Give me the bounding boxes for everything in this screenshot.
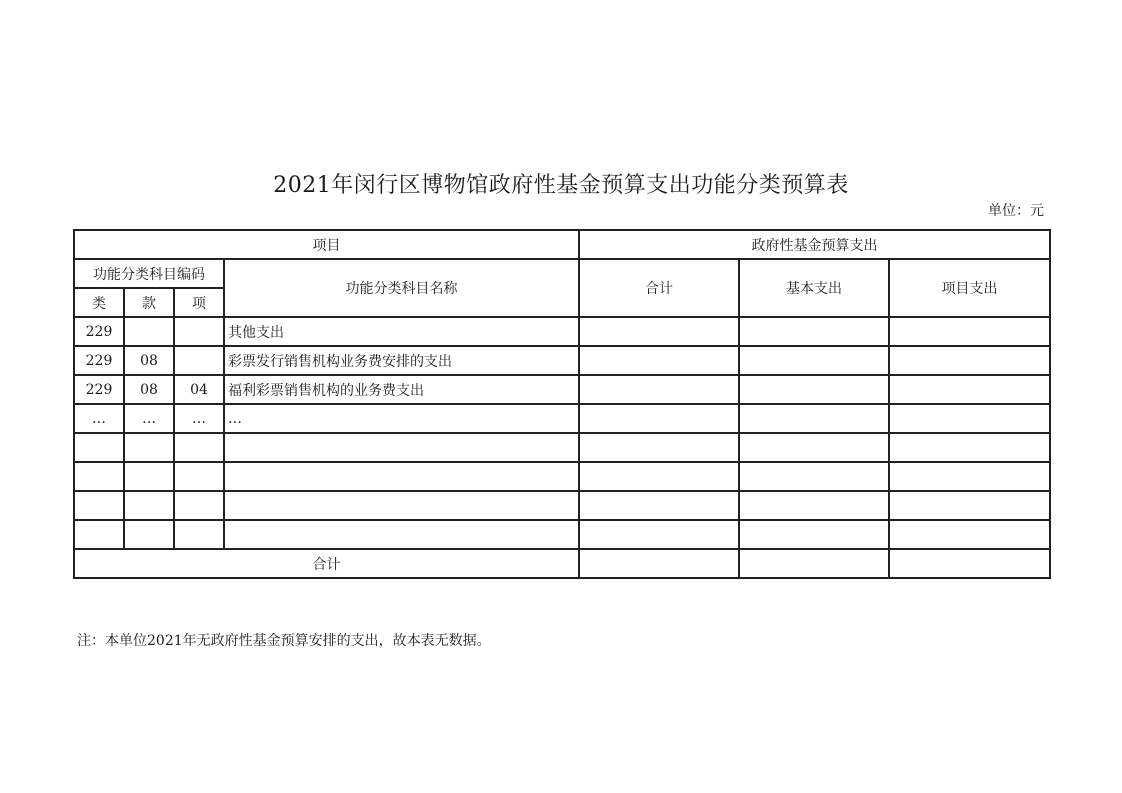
cell-project — [889, 404, 1050, 433]
header-kuan: 款 — [124, 288, 174, 317]
cell-name: 彩票发行销售机构业务费安排的支出 — [224, 346, 579, 375]
header-name: 功能分类科目名称 — [224, 259, 579, 317]
cell-total — [579, 375, 739, 404]
cell-xiang: … — [174, 404, 224, 433]
cell-basic — [739, 317, 889, 346]
header-code-group: 功能分类科目编码 — [74, 259, 224, 288]
header-project-exp: 项目支出 — [889, 259, 1050, 317]
cell-kuan — [124, 433, 174, 462]
cell-total — [579, 404, 739, 433]
cell-total — [579, 491, 739, 520]
total-project — [889, 549, 1050, 578]
cell-project — [889, 317, 1050, 346]
cell-basic — [739, 404, 889, 433]
cell-name — [224, 491, 579, 520]
budget-table: 项目 政府性基金预算支出 功能分类科目编码 功能分类科目名称 合计 基本支出 项… — [73, 229, 1051, 579]
cell-basic — [739, 433, 889, 462]
table-row: 229 其他支出 — [74, 317, 1050, 346]
cell-project — [889, 375, 1050, 404]
cell-name — [224, 520, 579, 549]
header-fund-expenditure: 政府性基金预算支出 — [579, 230, 1050, 259]
cell-name — [224, 462, 579, 491]
cell-xiang — [174, 462, 224, 491]
cell-lei: 229 — [74, 346, 124, 375]
cell-xiang — [174, 346, 224, 375]
cell-xiang — [174, 491, 224, 520]
cell-lei — [74, 520, 124, 549]
cell-xiang — [174, 520, 224, 549]
cell-name: 其他支出 — [224, 317, 579, 346]
cell-xiang — [174, 317, 224, 346]
page-title: 2021年闵行区博物馆政府性基金预算支出功能分类预算表 — [0, 168, 1122, 199]
cell-kuan: 08 — [124, 346, 174, 375]
cell-project — [889, 433, 1050, 462]
cell-kuan — [124, 520, 174, 549]
cell-basic — [739, 491, 889, 520]
unit-label: 单位：元 — [988, 200, 1044, 220]
total-sum — [579, 549, 739, 578]
table-row: 229 08 04 福利彩票销售机构的业务费支出 — [74, 375, 1050, 404]
header-lei: 类 — [74, 288, 124, 317]
cell-project — [889, 520, 1050, 549]
table-row — [74, 433, 1050, 462]
cell-kuan — [124, 317, 174, 346]
total-basic — [739, 549, 889, 578]
cell-total — [579, 346, 739, 375]
cell-total — [579, 520, 739, 549]
cell-total — [579, 462, 739, 491]
cell-kuan: 08 — [124, 375, 174, 404]
cell-lei — [74, 491, 124, 520]
cell-project — [889, 491, 1050, 520]
cell-basic — [739, 462, 889, 491]
cell-xiang — [174, 433, 224, 462]
cell-kuan — [124, 491, 174, 520]
table-row: … … … … — [74, 404, 1050, 433]
cell-xiang: 04 — [174, 375, 224, 404]
footnote: 注：本单位2021年无政府性基金预算安排的支出，故本表无数据。 — [77, 630, 491, 650]
table-row — [74, 491, 1050, 520]
table-row — [74, 520, 1050, 549]
cell-lei — [74, 433, 124, 462]
cell-lei — [74, 462, 124, 491]
cell-project — [889, 346, 1050, 375]
total-label: 合计 — [74, 549, 579, 578]
cell-lei: 229 — [74, 375, 124, 404]
cell-total — [579, 317, 739, 346]
header-xiang: 项 — [174, 288, 224, 317]
header-total: 合计 — [579, 259, 739, 317]
cell-name: … — [224, 404, 579, 433]
header-basic: 基本支出 — [739, 259, 889, 317]
cell-kuan: … — [124, 404, 174, 433]
cell-project — [889, 462, 1050, 491]
table-row: 229 08 彩票发行销售机构业务费安排的支出 — [74, 346, 1050, 375]
cell-basic — [739, 375, 889, 404]
table-row — [74, 462, 1050, 491]
cell-lei: 229 — [74, 317, 124, 346]
cell-total — [579, 433, 739, 462]
cell-basic — [739, 346, 889, 375]
cell-basic — [739, 520, 889, 549]
cell-lei: … — [74, 404, 124, 433]
cell-name: 福利彩票销售机构的业务费支出 — [224, 375, 579, 404]
cell-kuan — [124, 462, 174, 491]
total-row: 合计 — [74, 549, 1050, 578]
cell-name — [224, 433, 579, 462]
header-project: 项目 — [74, 230, 579, 259]
